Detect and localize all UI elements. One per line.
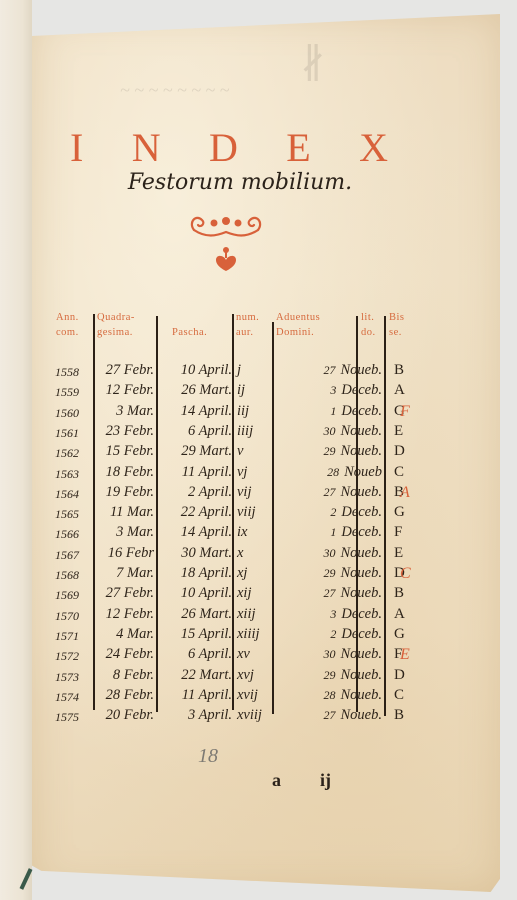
numerus-aureus-cell: ij <box>237 382 245 399</box>
pascha-cell: 3 April. <box>160 707 232 724</box>
adventus-day: 30 <box>324 546 336 560</box>
adventus-month: Deceb. <box>341 524 382 540</box>
adventus-day: 1 <box>330 404 336 418</box>
numerus-aureus-cell: ix <box>237 524 247 541</box>
year-cell: 1572 <box>55 649 79 664</box>
adventus-day: 28 <box>327 465 339 479</box>
quadragesima-cell: 4 Mar. <box>96 626 154 643</box>
year-cell: 1564 <box>55 487 79 502</box>
quadragesima-cell: 28 Febr. <box>96 687 154 704</box>
quadragesima-cell: 18 Febr. <box>96 464 154 481</box>
header-quadragesima: Quadra- gesima. <box>97 310 135 350</box>
pascha-cell: 26 Mart. <box>160 382 232 399</box>
quadragesima-cell: 15 Febr. <box>96 443 154 460</box>
litera-dominicalis-cell: D <box>394 443 405 460</box>
numerus-aureus-cell: xiij <box>237 606 256 623</box>
table-row: 15738 Febr.22 Mart.xvjD29Noueb. <box>50 667 430 687</box>
adventus-cell: 29Noueb. <box>276 667 382 684</box>
quadragesima-cell: 27 Febr. <box>96 585 154 602</box>
facing-page-edge <box>0 0 32 900</box>
table-row: 15603 Mar.14 April.iijG1Deceb.F <box>50 403 430 423</box>
bissextile-letter: C <box>400 565 411 583</box>
pascha-cell: 14 April. <box>160 524 232 541</box>
numerus-aureus-cell: v <box>237 443 243 460</box>
numerus-aureus-cell: xvj <box>237 667 254 684</box>
table-row: 15714 Mar.15 April.xiiijG2Deceb. <box>50 626 430 646</box>
table-row: 156215 Febr.29 Mart.vD29Noueb. <box>50 443 430 463</box>
litera-dominicalis-cell: B <box>394 585 404 602</box>
quadragesima-cell: 8 Febr. <box>96 667 154 684</box>
adventus-month: Noueb. <box>341 707 382 723</box>
header-bissextus: Bis se. <box>389 310 405 350</box>
year-cell: 1562 <box>55 446 79 461</box>
show-through-text: ~ ~ ~ ~ ~ ~ ~ ~ <box>120 80 229 101</box>
quadragesima-cell: 23 Febr. <box>96 423 154 440</box>
quadragesima-cell: 7 Mar. <box>96 565 154 582</box>
quadragesima-cell: 19 Febr. <box>96 484 154 501</box>
adventus-cell: 30Noueb. <box>276 545 382 562</box>
adventus-cell: 27Noueb. <box>276 362 382 379</box>
litera-dominicalis-cell: A <box>394 606 405 623</box>
adventus-day: 28 <box>324 688 336 702</box>
year-cell: 1561 <box>55 426 79 441</box>
adventus-month: Deceb. <box>341 626 382 642</box>
title-letter: I <box>70 124 85 171</box>
year-cell: 1558 <box>55 365 79 380</box>
pascha-cell: 6 April. <box>160 646 232 663</box>
table-row: 156123 Febr.6 April.iiijE30Noueb. <box>50 423 430 443</box>
litera-dominicalis-cell: A <box>394 382 405 399</box>
table-row: 156716 Febr30 Mart.xE30Noueb. <box>50 545 430 565</box>
numerus-aureus-cell: viij <box>237 504 256 521</box>
adventus-month: Noueb. <box>341 687 382 703</box>
numerus-aureus-cell: iij <box>237 403 249 420</box>
quadragesima-cell: 16 Febr <box>96 545 154 562</box>
year-cell: 1559 <box>55 385 79 400</box>
table-row: 155827 Febr.10 April.jB27Noueb. <box>50 362 430 382</box>
year-cell: 1573 <box>55 670 79 685</box>
adventus-day: 27 <box>324 708 336 722</box>
litera-dominicalis-cell: C <box>394 687 404 704</box>
pascha-cell: 15 April. <box>160 626 232 643</box>
adventus-month: Noueb. <box>341 362 382 378</box>
quadragesima-cell: 27 Febr. <box>96 362 154 379</box>
header-litera-dominicalis: lit. do. <box>361 310 376 350</box>
pascha-cell: 14 April. <box>160 403 232 420</box>
pascha-cell: 11 April. <box>160 464 232 481</box>
adventus-cell: 30Noueb. <box>276 646 382 663</box>
numerus-aureus-cell: iiij <box>237 423 253 440</box>
numerus-aureus-cell: xij <box>237 585 252 602</box>
adventus-cell: 28Noueb <box>276 464 382 481</box>
litera-dominicalis-cell: E <box>394 423 403 440</box>
year-cell: 1560 <box>55 406 79 421</box>
table-row: 15687 Mar.18 April.xjD29Noueb.C <box>50 565 430 585</box>
litera-dominicalis-cell: G <box>394 626 405 643</box>
fleuron-ornament-icon <box>186 210 266 272</box>
numerus-aureus-cell: xj <box>237 565 247 582</box>
pascha-cell: 6 April. <box>160 423 232 440</box>
page-subtitle: Festorum mobilium. <box>120 170 360 195</box>
litera-dominicalis-cell: B <box>394 362 404 379</box>
numerus-aureus-cell: x <box>237 545 243 562</box>
adventus-month: Noueb. <box>341 565 382 581</box>
adventus-month: Deceb. <box>341 504 382 520</box>
table-row: 157428 Febr.11 April.xvijC28Noueb. <box>50 687 430 707</box>
adventus-day: 3 <box>330 607 336 621</box>
year-cell: 1570 <box>55 609 79 624</box>
header-adventus: Aduentus Domini. <box>276 310 320 350</box>
pascha-cell: 2 April. <box>160 484 232 501</box>
adventus-month: Deceb. <box>341 403 382 419</box>
year-cell: 1574 <box>55 690 79 705</box>
year-cell: 1571 <box>55 629 79 644</box>
adventus-day: 1 <box>330 525 336 539</box>
litera-dominicalis-cell: B <box>394 707 404 724</box>
bissextile-letter: F <box>400 403 410 421</box>
quadragesima-cell: 3 Mar. <box>96 403 154 420</box>
title-letter: N <box>132 124 163 171</box>
adventus-day: 30 <box>324 647 336 661</box>
adventus-month: Noueb. <box>341 585 382 601</box>
numerus-aureus-cell: vij <box>237 484 252 501</box>
adventus-month: Deceb. <box>341 382 382 398</box>
numerus-aureus-cell: vj <box>237 464 247 481</box>
year-cell: 1569 <box>55 588 79 603</box>
table-row: 157012 Febr.26 Mart.xiijA3Deceb. <box>50 606 430 626</box>
title-letter: D <box>209 124 240 171</box>
quadragesima-cell: 24 Febr. <box>96 646 154 663</box>
pascha-cell: 11 April. <box>160 687 232 704</box>
bissextile-letter: E <box>400 646 410 664</box>
table-row: 156318 Febr.11 April.vjC28Noueb <box>50 464 430 484</box>
adventus-day: 2 <box>330 627 336 641</box>
adventus-cell: 27Noueb. <box>276 585 382 602</box>
adventus-month: Noueb. <box>341 667 382 683</box>
pascha-cell: 29 Mart. <box>160 443 232 460</box>
litera-dominicalis-cell: G <box>394 504 405 521</box>
table-row: 157520 Febr.3 April.xviijB27Noueb. <box>50 707 430 727</box>
pascha-cell: 18 April. <box>160 565 232 582</box>
quadragesima-cell: 20 Febr. <box>96 707 154 724</box>
adventus-day: 29 <box>324 566 336 580</box>
adventus-cell: 27Noueb. <box>276 484 382 501</box>
pascha-cell: 26 Mart. <box>160 606 232 623</box>
adventus-cell: 1Deceb. <box>276 524 382 541</box>
litera-dominicalis-cell: E <box>394 545 403 562</box>
signature-number: ij <box>320 770 331 791</box>
pascha-cell: 10 April. <box>160 362 232 379</box>
adventus-cell: 1Deceb. <box>276 403 382 420</box>
adventus-day: 3 <box>330 383 336 397</box>
adventus-cell: 27Noueb. <box>276 707 382 724</box>
adventus-month: Deceb. <box>341 606 382 622</box>
table-row: 156419 Febr.2 April.vijB27Noueb.A <box>50 484 430 504</box>
adventus-cell: 29Noueb. <box>276 565 382 582</box>
bissextile-letter: A <box>400 484 410 502</box>
adventus-month: Noueb. <box>341 484 382 500</box>
litera-dominicalis-cell: F <box>394 524 402 541</box>
numerus-aureus-cell: j <box>237 362 241 379</box>
adventus-cell: 2Deceb. <box>276 626 382 643</box>
table-row: 156927 Febr.10 April.xijB27Noueb. <box>50 585 430 605</box>
adventus-cell: 3Deceb. <box>276 606 382 623</box>
title-letter: E <box>286 124 312 171</box>
year-cell: 1567 <box>55 548 79 563</box>
year-cell: 1565 <box>55 507 79 522</box>
adventus-day: 27 <box>324 363 336 377</box>
litera-dominicalis-cell: C <box>394 464 404 481</box>
page-title: I N D E X <box>70 124 390 171</box>
year-cell: 1575 <box>55 710 79 725</box>
pascha-cell: 22 Mart. <box>160 667 232 684</box>
show-through-mark: ∦ <box>300 40 325 87</box>
numerus-aureus-cell: xvij <box>237 687 258 704</box>
adventus-month: Noueb. <box>341 545 382 561</box>
pascha-cell: 10 April. <box>160 585 232 602</box>
quadragesima-cell: 12 Febr. <box>96 382 154 399</box>
header-anno: Ann. com. <box>56 310 79 350</box>
year-cell: 1563 <box>55 467 79 482</box>
adventus-month: Noueb. <box>341 443 382 459</box>
quadragesima-cell: 12 Febr. <box>96 606 154 623</box>
adventus-day: 30 <box>324 424 336 438</box>
quadragesima-cell: 3 Mar. <box>96 524 154 541</box>
adventus-day: 27 <box>324 586 336 600</box>
adventus-cell: 2Deceb. <box>276 504 382 521</box>
litera-dominicalis-cell: D <box>394 667 405 684</box>
adventus-month: Noueb. <box>341 646 382 662</box>
table-row: 157224 Febr.6 April.xvF30Noueb.E <box>50 646 430 666</box>
title-letter: X <box>359 124 390 171</box>
adventus-day: 29 <box>324 444 336 458</box>
pencil-annotation: 18 <box>198 745 218 768</box>
numerus-aureus-cell: xiiij <box>237 626 260 643</box>
adventus-cell: 28Noueb. <box>276 687 382 704</box>
quadragesima-cell: 11 Mar. <box>96 504 154 521</box>
pascha-cell: 22 April. <box>160 504 232 521</box>
adventus-month: Noueb <box>344 464 382 480</box>
adventus-day: 27 <box>324 485 336 499</box>
pascha-cell: 30 Mart. <box>160 545 232 562</box>
numerus-aureus-cell: xviij <box>237 707 262 724</box>
year-cell: 1566 <box>55 527 79 542</box>
year-cell: 1568 <box>55 568 79 583</box>
table-row: 15663 Mar.14 April.ixF1Deceb. <box>50 524 430 544</box>
adventus-day: 29 <box>324 668 336 682</box>
adventus-cell: 29Noueb. <box>276 443 382 460</box>
adventus-cell: 30Noueb. <box>276 423 382 440</box>
header-numerus-aureus: num. aur. <box>236 310 259 350</box>
signature-mark: a <box>272 770 281 791</box>
adventus-month: Noueb. <box>341 423 382 439</box>
header-pascha: Pascha. <box>172 310 207 350</box>
table-row: 155912 Febr.26 Mart.ijA3Deceb. <box>50 382 430 402</box>
numerus-aureus-cell: xv <box>237 646 250 663</box>
adventus-cell: 3Deceb. <box>276 382 382 399</box>
table-row: 156511 Mar.22 April.viijG2Deceb. <box>50 504 430 524</box>
adventus-day: 2 <box>330 505 336 519</box>
